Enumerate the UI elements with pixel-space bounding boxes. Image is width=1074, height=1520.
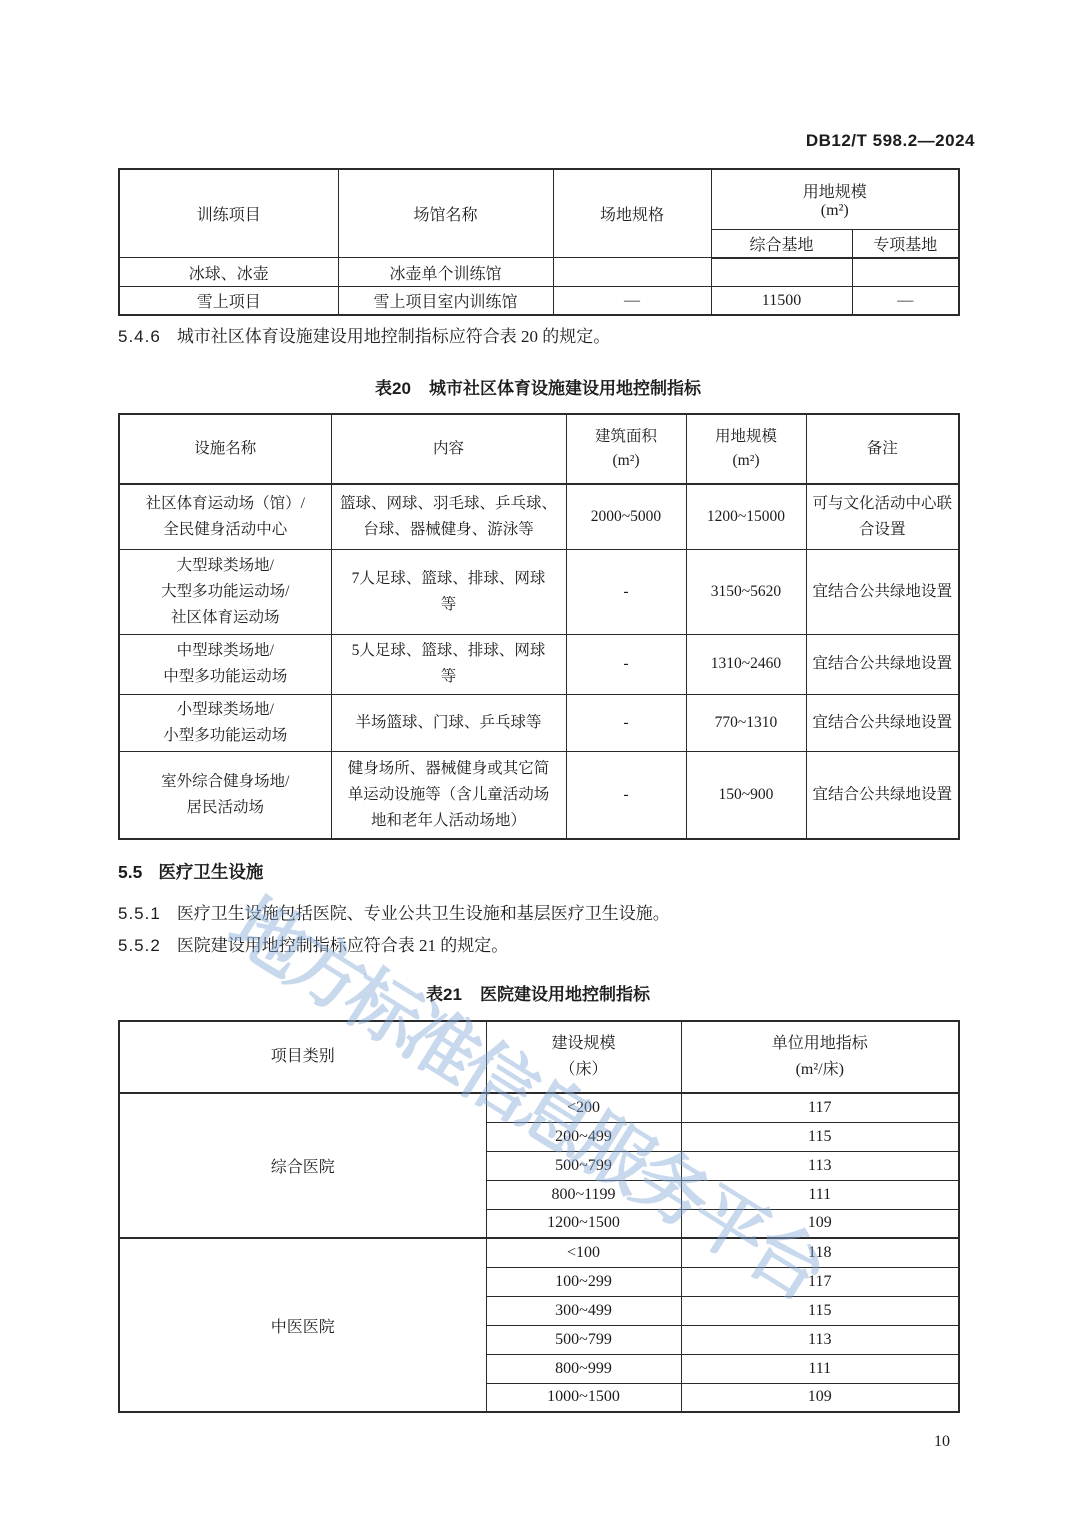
cell-remark: 宜结合公共绿地设置 — [806, 694, 959, 751]
page-number: 10 — [118, 1433, 950, 1451]
cell-combined-base — [711, 258, 852, 287]
table-row: 中型球类场地/ 中型多功能运动场 5人足球、篮球、排球、网球 等 - 1310~… — [119, 634, 959, 694]
cell-index: 109 — [681, 1383, 959, 1412]
cell-project: 雪上项目 — [119, 287, 338, 316]
header-unit-land-index-unit: (m²/床) — [686, 1057, 955, 1083]
clause-5-5-1: 5.5.1医疗卫生设施包括医院、专业公共卫生设施和基层医疗卫生设施。 — [118, 904, 958, 924]
table20-header-row: 设施名称 内容 建筑面积 (m²) 用地规模 (m²) 备注 — [119, 414, 959, 484]
table20-title: 表20城市社区体育设施建设用地控制指标 — [118, 374, 958, 399]
header-building-area: 建筑面积 (m²) — [566, 414, 686, 484]
header-content: 内容 — [331, 414, 566, 484]
clause-number: 5.5.1 — [118, 904, 161, 923]
cell-content: 7人足球、篮球、排球、网球 等 — [331, 549, 566, 634]
clause-text: 城市社区体育设施建设用地控制指标应符合表 20 的规定。 — [177, 327, 611, 346]
cell-scale: 1200~1500 — [486, 1209, 681, 1238]
header-project-category: 项目类别 — [119, 1021, 486, 1093]
header-land-scale-label: 用地规模 — [715, 428, 777, 445]
cell-content: 5人足球、篮球、排球、网球 等 — [331, 634, 566, 694]
cell-building-area: - — [566, 694, 686, 751]
hospital-land-table: 项目类别 建设规模 （床） 单位用地指标 (m²/床) 综合医院 <200 11… — [118, 1020, 960, 1413]
header-construction-scale-label: 建设规模 — [551, 1035, 615, 1052]
cell-category-general-hospital: 综合医院 — [119, 1093, 486, 1238]
section-number: 5.5 — [118, 862, 142, 882]
header-venue-name: 场馆名称 — [338, 169, 553, 258]
cell-scale: 1000~1500 — [486, 1383, 681, 1412]
table21-label: 表21 — [426, 985, 462, 1004]
table21-title-text: 医院建设用地控制指标 — [480, 985, 650, 1004]
cell-land-scale: 3150~5620 — [686, 549, 806, 634]
section-5-5-heading: 5.5医疗卫生设施 — [118, 859, 958, 884]
header-training-project: 训练项目 — [119, 169, 338, 258]
header-building-area-unit: (m²) — [571, 449, 682, 473]
cell-content: 健身场所、器械健身或其它简 单运动设施等（含儿童活动场 地和老年人活动场地） — [331, 751, 566, 839]
cell-index: 117 — [681, 1093, 959, 1122]
cell-remark: 宜结合公共绿地设置 — [806, 549, 959, 634]
cell-index: 111 — [681, 1354, 959, 1383]
cell-facility-name: 大型球类场地/ 大型多功能运动场/ 社区体育运动场 — [119, 549, 331, 634]
community-sports-table: 设施名称 内容 建筑面积 (m²) 用地规模 (m²) 备注 社区体育运动场（馆… — [118, 413, 960, 840]
header-land-scale-unit: (m²) — [716, 202, 955, 220]
clause-5-5-2: 5.5.2医院建设用地控制指标应符合表 21 的规定。 — [118, 936, 958, 956]
header-site-spec: 场地规格 — [553, 169, 711, 258]
table21-header-row: 项目类别 建设规模 （床） 单位用地指标 (m²/床) — [119, 1021, 959, 1093]
document-page: 地方标准信息服务平台 DB12/T 598.2—2024 训练项目 场馆名称 场… — [0, 0, 1074, 1520]
cell-building-area: - — [566, 751, 686, 839]
cell-facility-name: 小型球类场地/ 小型多功能运动场 — [119, 694, 331, 751]
cell-scale: 200~499 — [486, 1122, 681, 1151]
cell-scale: <200 — [486, 1093, 681, 1122]
cell-scale: 800~1199 — [486, 1180, 681, 1209]
header-land-scale: 用地规模 (m²) — [711, 169, 959, 229]
cell-scale: 300~499 — [486, 1296, 681, 1325]
table-row: 中医医院 <100 118 — [119, 1238, 959, 1267]
clause-number: 5.5.2 — [118, 936, 161, 955]
header-facility-name: 设施名称 — [119, 414, 331, 484]
cell-index: 115 — [681, 1122, 959, 1151]
table-row: 雪上项目 雪上项目室内训练馆 — 11500 — — [119, 287, 959, 316]
cell-index: 118 — [681, 1238, 959, 1267]
training-facility-table: 训练项目 场馆名称 场地规格 用地规模 (m²) 综合基地 专项基地 冰球、冰壶… — [118, 168, 960, 316]
cell-index: 111 — [681, 1180, 959, 1209]
cell-scale: <100 — [486, 1238, 681, 1267]
cell-index: 113 — [681, 1151, 959, 1180]
cell-remark: 可与文化活动中心联 合设置 — [806, 484, 959, 549]
table-row: 冰球、冰壶 冰壶单个训练馆 — [119, 258, 959, 287]
cell-project: 冰球、冰壶 — [119, 258, 338, 287]
training-table-header-row: 训练项目 场馆名称 场地规格 用地规模 (m²) — [119, 169, 959, 229]
header-construction-scale-unit: （床） — [491, 1057, 677, 1083]
clause-number: 5.4.6 — [118, 327, 161, 346]
header-comprehensive-base: 综合基地 — [711, 229, 852, 258]
cell-remark: 宜结合公共绿地设置 — [806, 751, 959, 839]
cell-facility-name: 室外综合健身场地/ 居民活动场 — [119, 751, 331, 839]
cell-category-tcm-hospital: 中医医院 — [119, 1238, 486, 1412]
header-construction-scale: 建设规模 （床） — [486, 1021, 681, 1093]
header-unit-land-index: 单位用地指标 (m²/床) — [681, 1021, 959, 1093]
cell-combined-base: 11500 — [711, 287, 852, 316]
clause-5-4-6: 5.4.6城市社区体育设施建设用地控制指标应符合表 20 的规定。 — [118, 327, 958, 347]
table-row: 室外综合健身场地/ 居民活动场 健身场所、器械健身或其它简 单运动设施等（含儿童… — [119, 751, 959, 839]
running-header: DB12/T 598.2—2024 — [118, 0, 975, 151]
header-unit-land-index-label: 单位用地指标 — [772, 1035, 868, 1052]
cell-index: 115 — [681, 1296, 959, 1325]
table-row: 综合医院 <200 117 — [119, 1093, 959, 1122]
header-building-area-label: 建筑面积 — [595, 428, 657, 445]
clause-text: 医院建设用地控制指标应符合表 21 的规定。 — [177, 936, 509, 955]
header-remark: 备注 — [806, 414, 959, 484]
table21-title: 表21医院建设用地控制指标 — [118, 980, 958, 1005]
cell-land-scale: 150~900 — [686, 751, 806, 839]
table-row: 社区体育运动场（馆）/ 全民健身活动中心 篮球、网球、羽毛球、乒乓球、 台球、器… — [119, 484, 959, 549]
clause-text: 医疗卫生设施包括医院、专业公共卫生设施和基层医疗卫生设施。 — [177, 904, 670, 923]
cell-land-scale: 1310~2460 — [686, 634, 806, 694]
cell-spec — [553, 258, 711, 287]
cell-scale: 800~999 — [486, 1354, 681, 1383]
cell-building-area: - — [566, 549, 686, 634]
cell-remark: 宜结合公共绿地设置 — [806, 634, 959, 694]
cell-index: 117 — [681, 1267, 959, 1296]
table20-title-text: 城市社区体育设施建设用地控制指标 — [429, 379, 701, 398]
cell-index: 109 — [681, 1209, 959, 1238]
cell-content: 篮球、网球、羽毛球、乒乓球、 台球、器械健身、游泳等 — [331, 484, 566, 549]
cell-scale: 500~799 — [486, 1151, 681, 1180]
cell-venue: 雪上项目室内训练馆 — [338, 287, 553, 316]
cell-spec: — — [553, 287, 711, 316]
header-land-scale-label: 用地规模 — [803, 184, 867, 201]
header-land-scale: 用地规模 (m²) — [686, 414, 806, 484]
cell-scale: 100~299 — [486, 1267, 681, 1296]
table-row: 大型球类场地/ 大型多功能运动场/ 社区体育运动场 7人足球、篮球、排球、网球 … — [119, 549, 959, 634]
table-row: 小型球类场地/ 小型多功能运动场 半场篮球、门球、乒乓球等 - 770~1310… — [119, 694, 959, 751]
cell-index: 113 — [681, 1325, 959, 1354]
cell-facility-name: 社区体育运动场（馆）/ 全民健身活动中心 — [119, 484, 331, 549]
header-special-base: 专项基地 — [852, 229, 959, 258]
header-land-scale-unit: (m²) — [691, 449, 802, 473]
cell-building-area: 2000~5000 — [566, 484, 686, 549]
cell-scale: 500~799 — [486, 1325, 681, 1354]
cell-land-scale: 1200~15000 — [686, 484, 806, 549]
cell-land-scale: 770~1310 — [686, 694, 806, 751]
section-title: 医疗卫生设施 — [158, 862, 263, 882]
table20-label: 表20 — [375, 379, 411, 398]
cell-content: 半场篮球、门球、乒乓球等 — [331, 694, 566, 751]
cell-building-area: - — [566, 634, 686, 694]
cell-facility-name: 中型球类场地/ 中型多功能运动场 — [119, 634, 331, 694]
cell-special-base — [852, 258, 959, 287]
cell-venue: 冰壶单个训练馆 — [338, 258, 553, 287]
cell-special-base: — — [852, 287, 959, 316]
page-content: DB12/T 598.2—2024 训练项目 场馆名称 场地规格 用地规模 (m… — [118, 0, 958, 1451]
